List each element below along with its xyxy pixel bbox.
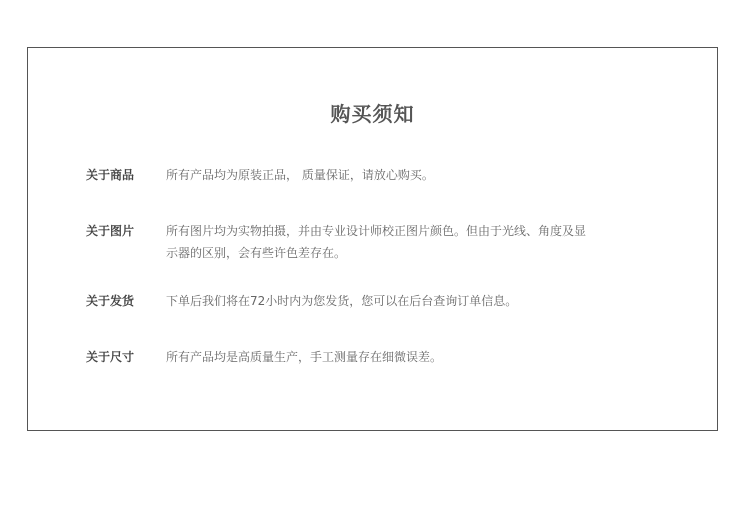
notice-item-shipping: 关于发货 下单后我们将在72小时内为您发货，您可以在后台查询订单信息。 (86, 290, 666, 312)
notice-text: 所有产品均是高质量生产，手工测量存在细微误差。 (166, 346, 586, 368)
notice-item-product: 关于商品 所有产品均为原装正品， 质量保证，请放心购买。 (86, 164, 586, 186)
notice-item-size: 关于尺寸 所有产品均是高质量生产，手工测量存在细微误差。 (86, 346, 586, 368)
notice-label: 关于商品 (86, 164, 166, 186)
panel-title: 购买须知 (28, 98, 717, 127)
purchase-notice-panel: 购买须知 关于商品 所有产品均为原装正品， 质量保证，请放心购买。 关于图片 所… (27, 47, 718, 431)
notice-label: 关于尺寸 (86, 346, 166, 368)
notice-text: 下单后我们将在72小时内为您发货，您可以在后台查询订单信息。 (166, 290, 666, 312)
notice-label: 关于发货 (86, 290, 166, 312)
notice-label: 关于图片 (86, 220, 166, 264)
notice-text: 所有图片均为实物拍摄，并由专业设计师校正图片颜色。但由于光线、角度及显示器的区别… (166, 220, 586, 264)
notice-text: 所有产品均为原装正品， 质量保证，请放心购买。 (166, 164, 586, 186)
notice-item-images: 关于图片 所有图片均为实物拍摄，并由专业设计师校正图片颜色。但由于光线、角度及显… (86, 220, 586, 264)
